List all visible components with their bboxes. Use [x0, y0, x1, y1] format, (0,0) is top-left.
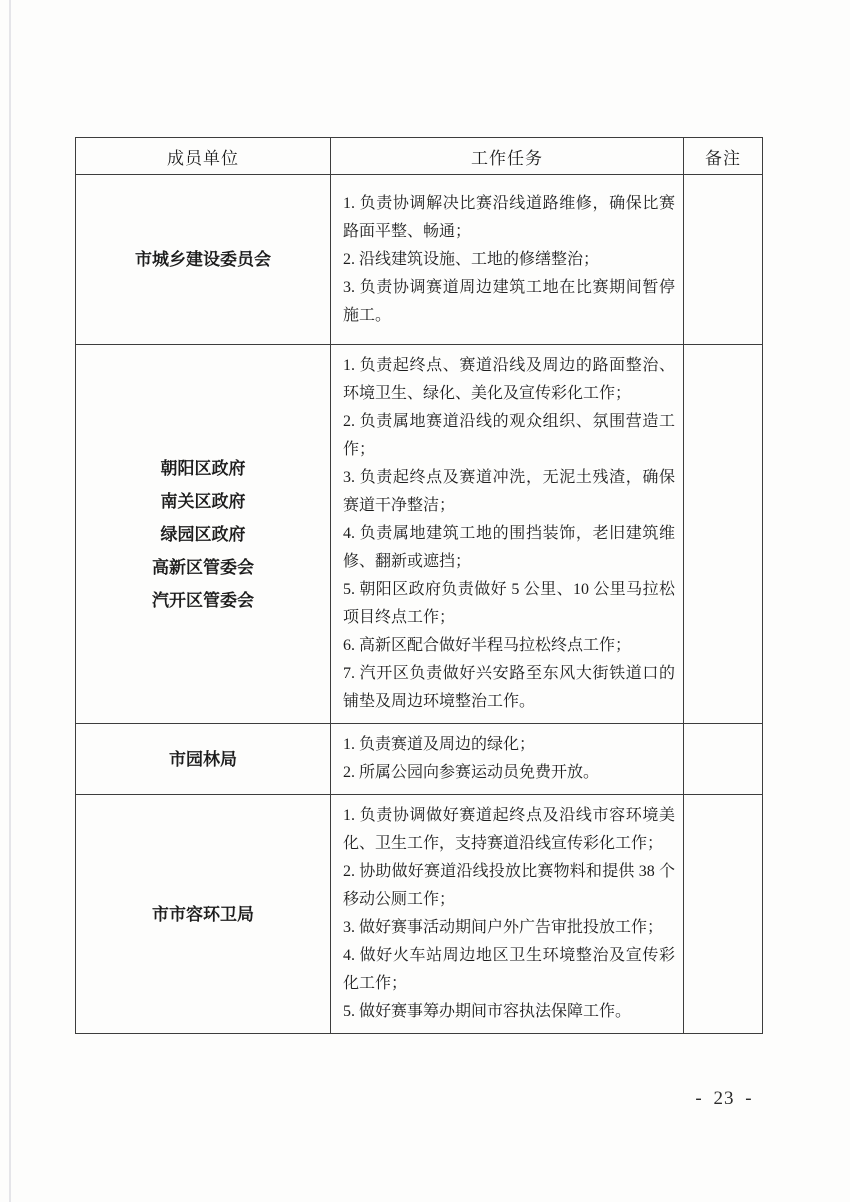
task-item: 5. 朝阳区政府负责做好 5 公里、10 公里马拉松项目终点工作； [343, 576, 675, 632]
task-item: 1. 负责协调解决比赛沿线道路维修，确保比赛路面平整、畅通； [343, 190, 675, 246]
remark-cell [684, 724, 763, 795]
unit-cell: 市市容环卫局 [76, 795, 331, 1034]
header-remarks: 备注 [684, 138, 763, 175]
unit-name: 绿园区政府 [82, 518, 324, 551]
task-item: 3. 负责起终点及赛道冲洗，无泥土残渣，确保赛道干净整洁； [343, 464, 675, 520]
table-row: 朝阳区政府 南关区政府 绿园区政府 高新区管委会 汽开区管委会 1. 负责起终点… [76, 345, 763, 724]
tasks-cell: 1. 负责协调做好赛道起终点及沿线市容环境美化、卫生工作，支持赛道沿线宣传彩化工… [331, 795, 684, 1034]
table-header-row: 成员单位 工作任务 备注 [76, 138, 763, 175]
task-item: 4. 做好火车站周边地区卫生环境整治及宣传彩化工作； [343, 942, 675, 998]
unit-name: 市市容环卫局 [82, 898, 324, 931]
task-item: 2. 所属公园向参赛运动员免费开放。 [343, 759, 675, 787]
unit-name: 市园林局 [82, 743, 324, 776]
task-item: 2. 沿线建筑设施、工地的修缮整治； [343, 246, 675, 274]
unit-name: 南关区政府 [82, 485, 324, 518]
task-item: 3. 负责协调赛道周边建筑工地在比赛期间暂停施工。 [343, 274, 675, 330]
task-item: 1. 负责协调做好赛道起终点及沿线市容环境美化、卫生工作，支持赛道沿线宣传彩化工… [343, 802, 675, 858]
scan-edge-artifact [9, 0, 11, 1202]
unit-name: 朝阳区政府 [82, 452, 324, 485]
unit-name: 高新区管委会 [82, 551, 324, 584]
document-page: 成员单位 工作任务 备注 市城乡建设委员会 1. 负责协调解决比赛沿线道路维修，… [0, 0, 850, 1202]
task-item: 7. 汽开区负责做好兴安路至东风大街铁道口的铺垫及周边环境整治工作。 [343, 660, 675, 716]
header-member-unit: 成员单位 [76, 138, 331, 175]
unit-name: 市城乡建设委员会 [82, 243, 324, 276]
remark-cell [684, 795, 763, 1034]
unit-cell: 朝阳区政府 南关区政府 绿园区政府 高新区管委会 汽开区管委会 [76, 345, 331, 724]
header-work-tasks: 工作任务 [331, 138, 684, 175]
table-row: 市城乡建设委员会 1. 负责协调解决比赛沿线道路维修，确保比赛路面平整、畅通； … [76, 175, 763, 345]
remark-cell [684, 345, 763, 724]
task-item: 1. 负责赛道及周边的绿化； [343, 731, 675, 759]
member-unit-task-table: 成员单位 工作任务 备注 市城乡建设委员会 1. 负责协调解决比赛沿线道路维修，… [75, 137, 763, 1034]
unit-name: 汽开区管委会 [82, 584, 324, 617]
task-item: 5. 做好赛事筹办期间市容执法保障工作。 [343, 998, 675, 1026]
tasks-cell: 1. 负责协调解决比赛沿线道路维修，确保比赛路面平整、畅通； 2. 沿线建筑设施… [331, 175, 684, 345]
remark-cell [684, 175, 763, 345]
tasks-cell: 1. 负责赛道及周边的绿化； 2. 所属公园向参赛运动员免费开放。 [331, 724, 684, 795]
task-item: 4. 负责属地建筑工地的围挡装饰，老旧建筑维修、翻新或遮挡； [343, 520, 675, 576]
task-item: 2. 协助做好赛道沿线投放比赛物料和提供 38 个移动公厕工作； [343, 858, 675, 914]
task-item: 6. 高新区配合做好半程马拉松终点工作； [343, 632, 675, 660]
unit-cell: 市城乡建设委员会 [76, 175, 331, 345]
table-row: 市园林局 1. 负责赛道及周边的绿化； 2. 所属公园向参赛运动员免费开放。 [76, 724, 763, 795]
unit-cell: 市园林局 [76, 724, 331, 795]
table-row: 市市容环卫局 1. 负责协调做好赛道起终点及沿线市容环境美化、卫生工作，支持赛道… [76, 795, 763, 1034]
task-item: 3. 做好赛事活动期间户外广告审批投放工作； [343, 914, 675, 942]
page-number: - 23 - [688, 1088, 760, 1110]
tasks-cell: 1. 负责起终点、赛道沿线及周边的路面整治、环境卫生、绿化、美化及宣传彩化工作；… [331, 345, 684, 724]
task-item: 2. 负责属地赛道沿线的观众组织、氛围营造工作； [343, 408, 675, 464]
task-item: 1. 负责起终点、赛道沿线及周边的路面整治、环境卫生、绿化、美化及宣传彩化工作； [343, 352, 675, 408]
